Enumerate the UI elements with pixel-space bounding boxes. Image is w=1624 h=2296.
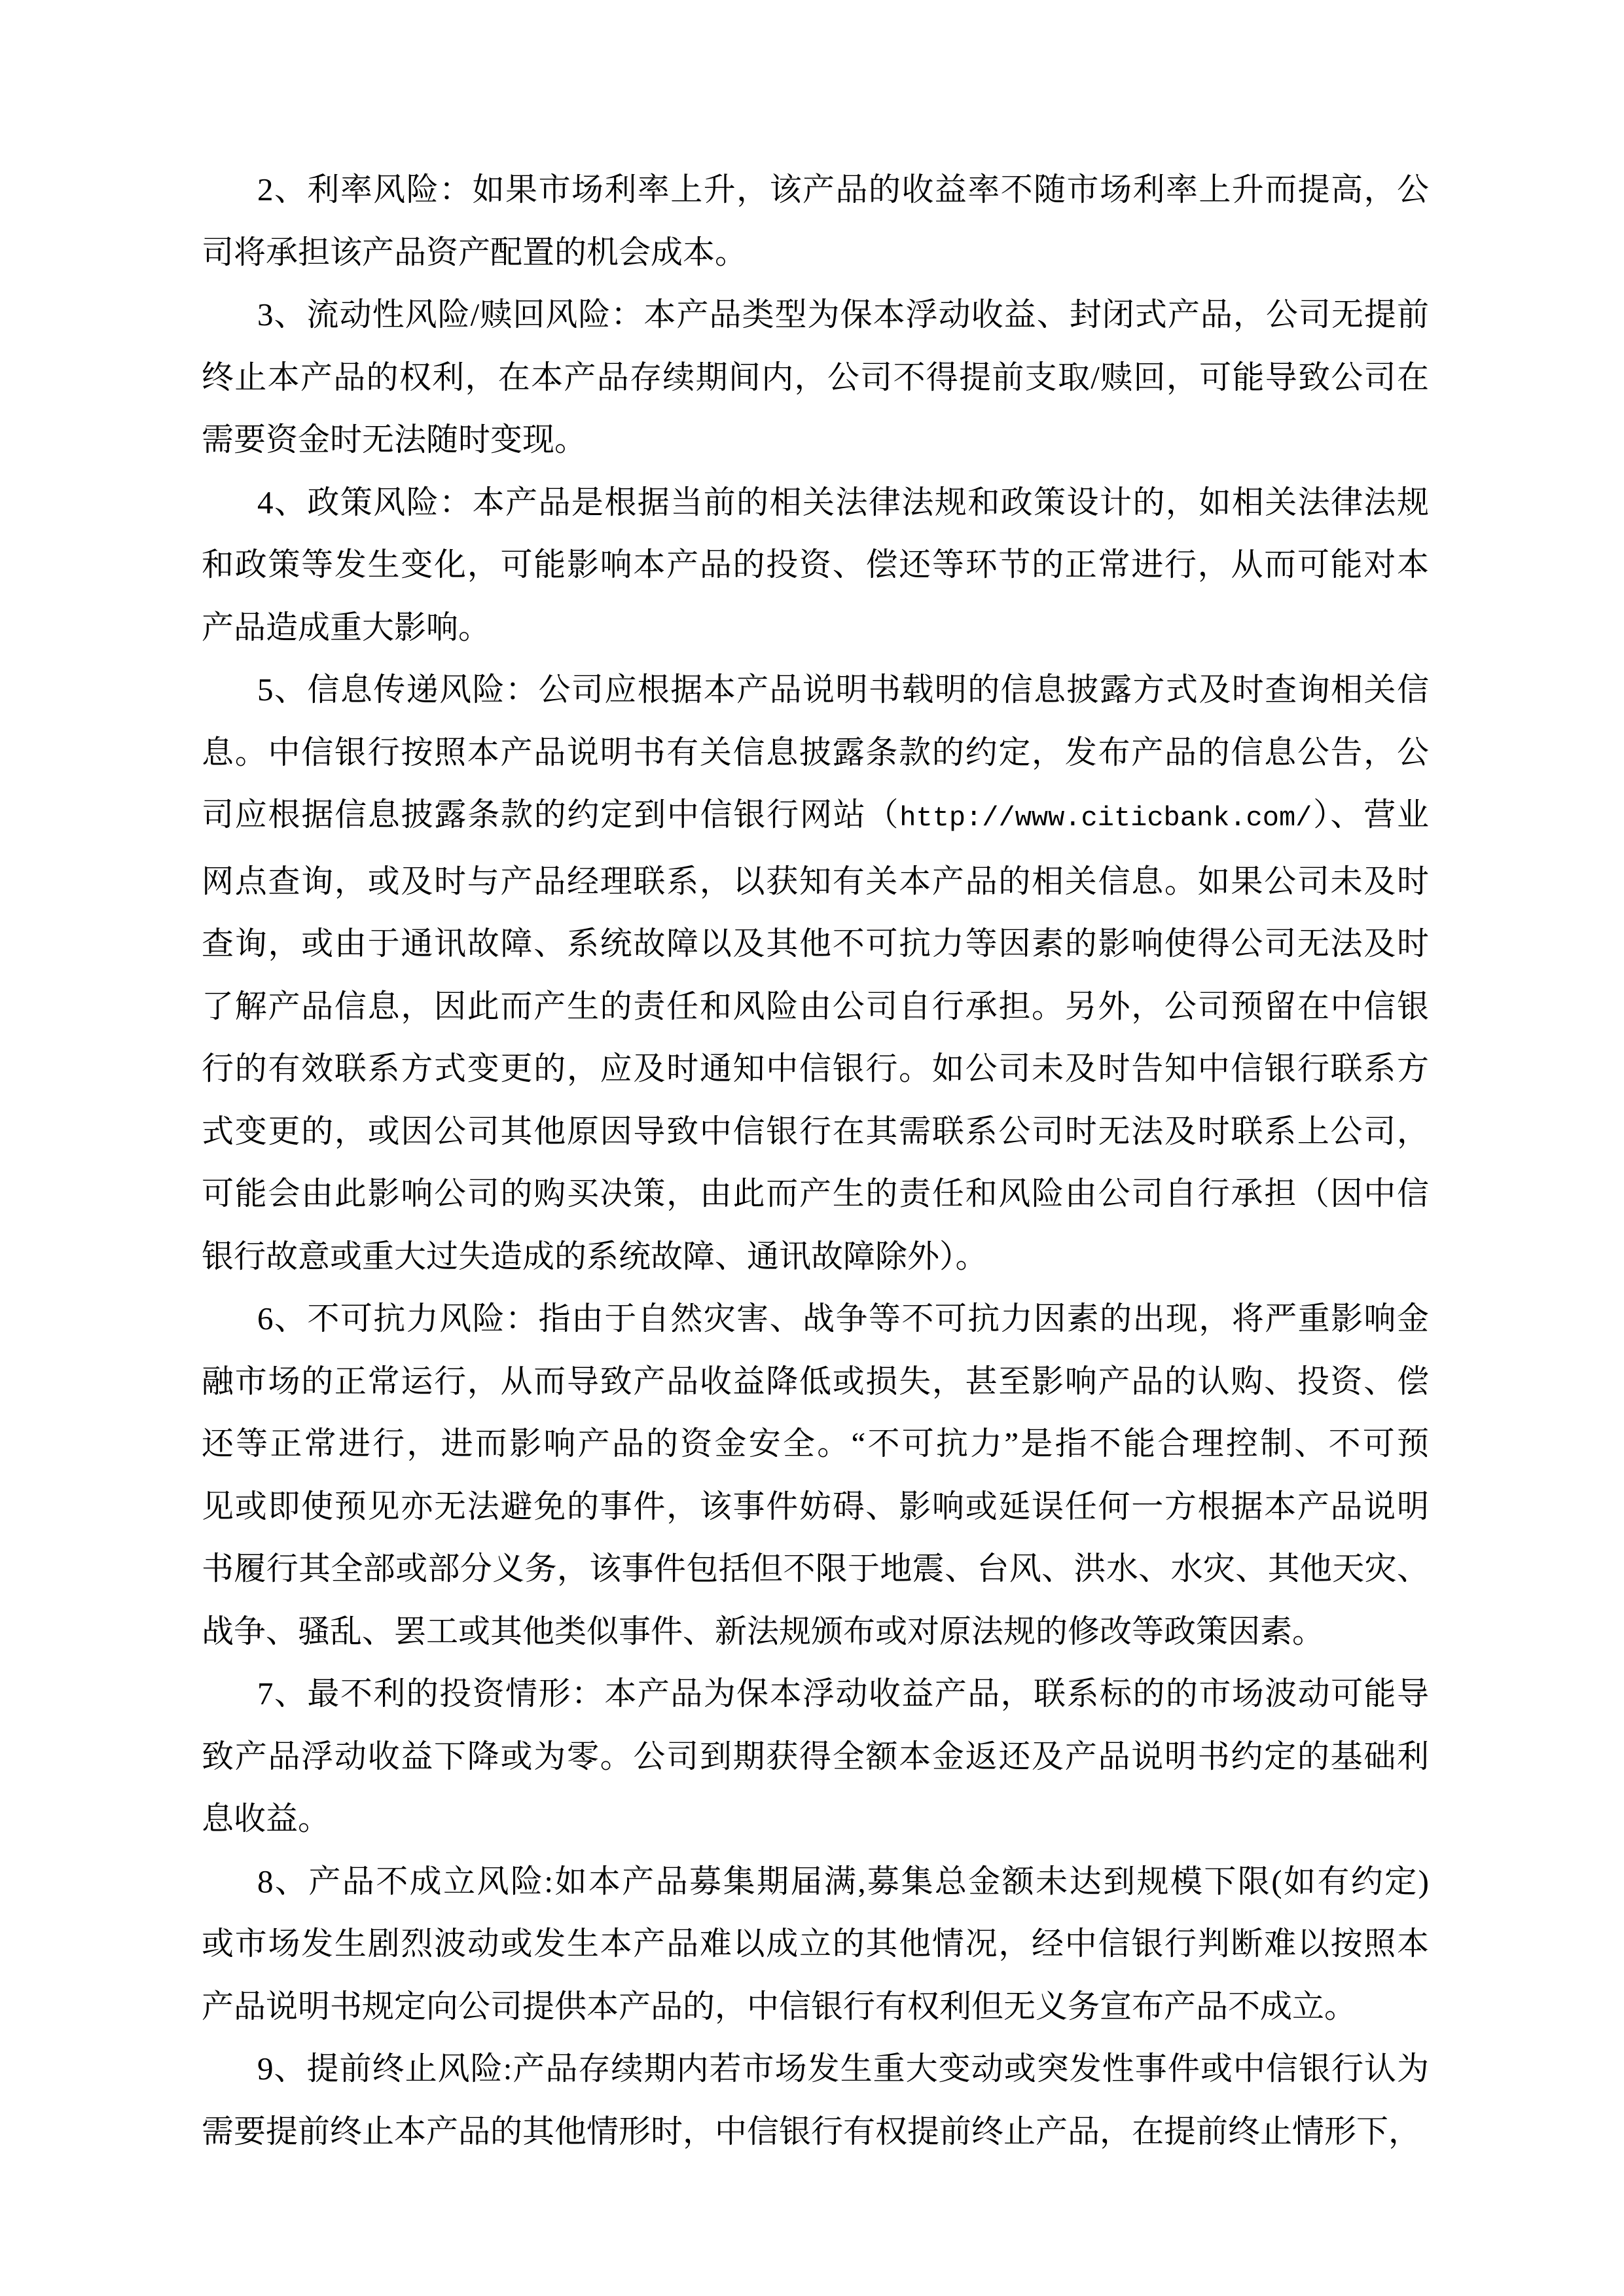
text-line: 5、信息传递风险：公司应根据本产品说明书载明的信息披露方式及时查询相关信 — [202, 658, 1429, 721]
text-line: 或市场发生剧烈波动或发生本产品难以成立的其他情况，经中信银行判断难以按照本 — [202, 1912, 1429, 1975]
text-line: 查询，或由于通讯故障、系统故障以及其他不可抗力等因素的影响使得公司无法及时 — [202, 912, 1429, 975]
text-line: 需要提前终止本产品的其他情形时，中信银行有权提前终止产品，在提前终止情形下， — [202, 2100, 1429, 2163]
text-line: 息。中信银行按照本产品说明书有关信息披露条款的约定，发布产品的信息公告，公 — [202, 721, 1429, 784]
paragraph-risk-7: 7、最不利的投资情形：本产品为保本浮动收益产品，联系标的的市场波动可能导致产品浮… — [202, 1662, 1429, 1850]
paragraph-risk-5: 5、信息传递风险：公司应根据本产品说明书载明的信息披露方式及时查询相关信息。中信… — [202, 658, 1429, 1287]
text-line: 产品说明书规定向公司提供本产品的，中信银行有权利但无义务宣布产品不成立。 — [202, 1975, 1429, 2038]
text-line: 司将承担该产品资产配置的机会成本。 — [202, 221, 1429, 284]
text-line: 息收益。 — [202, 1787, 1429, 1850]
text-line: 网点查询，或及时与产品经理联系，以获知有关本产品的相关信息。如果公司未及时 — [202, 850, 1429, 913]
text-line: 需要资金时无法随时变现。 — [202, 408, 1429, 471]
text-line: 4、政策风险：本产品是根据当前的相关法律法规和政策设计的，如相关法律法规 — [202, 471, 1429, 534]
text-line: 可能会由此影响公司的购买决策，由此而产生的责任和风险由公司自行承担（因中信 — [202, 1162, 1429, 1225]
text-line: 致产品浮动收益下降或为零。公司到期获得全额本金返还及产品说明书约定的基础利 — [202, 1725, 1429, 1788]
text-line: 战争、骚乱、罢工或其他类似事件、新法规颁布或对原法规的修改等政策因素。 — [202, 1600, 1429, 1663]
text-line: 2、利率风险：如果市场利率上升，该产品的收益率不随市场利率上升而提高，公 — [202, 158, 1429, 221]
text-line: 产品造成重大影响。 — [202, 596, 1429, 659]
paragraph-risk-3: 3、流动性风险/赎回风险：本产品类型为保本浮动收益、封闭式产品，公司无提前终止本… — [202, 283, 1429, 471]
paragraph-risk-8: 8、产品不成立风险:如本产品募集期届满,募集总金额未达到规模下限(如有约定)或市… — [202, 1850, 1429, 2038]
text-line: 书履行其全部或部分义务，该事件包括但不限于地震、台风、洪水、水灾、其他天灾、 — [202, 1537, 1429, 1600]
text-line: 7、最不利的投资情形：本产品为保本浮动收益产品，联系标的的市场波动可能导 — [202, 1662, 1429, 1725]
paragraph-risk-9: 9、提前终止风险:产品存续期内若市场发生重大变动或突发性事件或中信银行认为需要提… — [202, 2037, 1429, 2162]
paragraph-risk-6: 6、不可抗力风险：指由于自然灾害、战争等不可抗力因素的出现，将严重影响金融市场的… — [202, 1287, 1429, 1662]
text-line: 式变更的，或因公司其他原因导致中信银行在其需联系公司时无法及时联系上公司， — [202, 1100, 1429, 1163]
text-line: 终止本产品的权利，在本产品存续期间内，公司不得提前支取/赎回，可能导致公司在 — [202, 346, 1429, 409]
paragraph-risk-4: 4、政策风险：本产品是根据当前的相关法律法规和政策设计的，如相关法律法规和政策等… — [202, 471, 1429, 659]
text-line: 行的有效联系方式变更的，应及时通知中信银行。如公司未及时告知中信银行联系方 — [202, 1037, 1429, 1100]
text-line: 司应根据信息披露条款的约定到中信银行网站（http://www.citicban… — [202, 783, 1429, 850]
url-text: http://www.citicbank.com/ — [899, 802, 1312, 834]
text-line: 3、流动性风险/赎回风险：本产品类型为保本浮动收益、封闭式产品，公司无提前 — [202, 283, 1429, 346]
text-line: 和政策等发生变化，可能影响本产品的投资、偿还等环节的正常进行，从而可能对本 — [202, 533, 1429, 596]
text-line: 见或即使预见亦无法避免的事件，该事件妨碍、影响或延误任何一方根据本产品说明 — [202, 1475, 1429, 1538]
paragraph-risk-2: 2、利率风险：如果市场利率上升，该产品的收益率不随市场利率上升而提高，公司将承担… — [202, 158, 1429, 283]
text-line: 了解产品信息，因此而产生的责任和风险由公司自行承担。另外，公司预留在中信银 — [202, 975, 1429, 1038]
text-line: 8、产品不成立风险:如本产品募集期届满,募集总金额未达到规模下限(如有约定) — [202, 1850, 1429, 1913]
text-line: 6、不可抗力风险：指由于自然灾害、战争等不可抗力因素的出现，将严重影响金 — [202, 1287, 1429, 1350]
text-segment: ）、营业 — [1312, 797, 1429, 833]
text-line: 融市场的正常运行，从而导致产品收益降低或损失，甚至影响产品的认购、投资、偿 — [202, 1350, 1429, 1413]
document-page: 2、利率风险：如果市场利率上升，该产品的收益率不随市场利率上升而提高，公司将承担… — [0, 0, 1624, 2296]
text-segment: 司应根据信息披露条款的约定到中信银行网站（ — [202, 797, 899, 833]
text-line: 银行故意或重大过失造成的系统故障、通讯故障除外）。 — [202, 1225, 1429, 1288]
document-body: 2、利率风险：如果市场利率上升，该产品的收益率不随市场利率上升而提高，公司将承担… — [202, 158, 1429, 2162]
text-line: 9、提前终止风险:产品存续期内若市场发生重大变动或突发性事件或中信银行认为 — [202, 2037, 1429, 2100]
text-line: 还等正常进行，进而影响产品的资金安全。“不可抗力”是指不能合理控制、不可预 — [202, 1412, 1429, 1475]
